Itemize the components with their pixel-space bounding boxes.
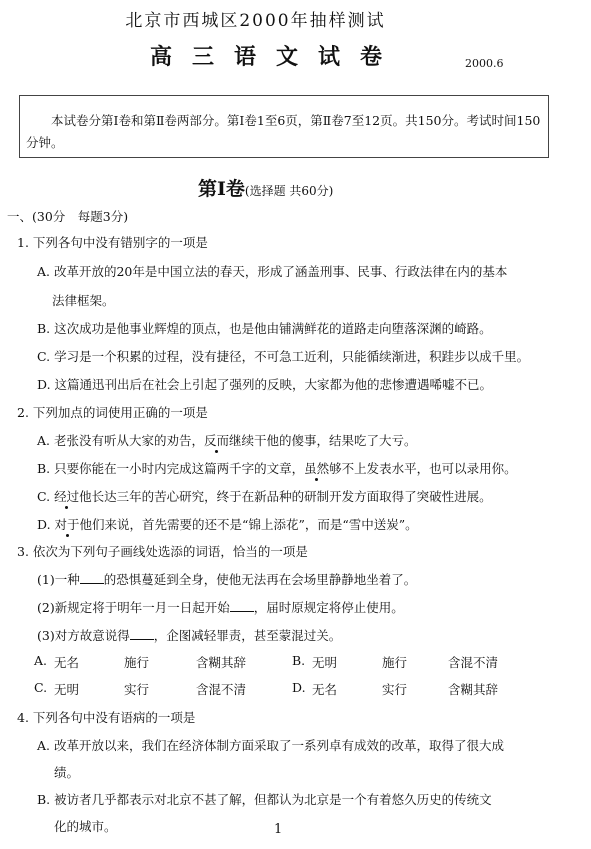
fill-blank — [230, 601, 254, 612]
q1-option-a-cont: 法律框架。 — [52, 291, 115, 309]
emphasized-word: 反而 — [204, 433, 229, 448]
notice-text: 本试卷分第Ⅰ卷和第Ⅱ卷两部分。第Ⅰ卷1至6页，第Ⅱ卷7至12页。共150分。考试… — [26, 110, 544, 154]
exam-date: 2000.6 — [465, 57, 504, 70]
section-heading: 一、(30分 每题3分) — [7, 207, 128, 225]
question-2-stem: 2. 下列加点的词使用正确的一项是 — [17, 403, 208, 421]
page-number: 1 — [274, 822, 282, 837]
emphasized-word: 经过 — [54, 489, 79, 504]
part-title: 第Ⅰ卷(选择题 共60分) — [198, 174, 333, 201]
exam-notice-box: 本试卷分第Ⅰ卷和第Ⅱ卷两部分。第Ⅰ卷1至6页，第Ⅱ卷7至12页。共150分。考试… — [19, 95, 549, 158]
question-1-stem: 1. 下列各句中没有错别字的一项是 — [17, 233, 208, 251]
fill-blank — [80, 573, 104, 584]
q1-option-b: B. 这次成功是他事业辉煌的顶点，也是他由铺满鲜花的道路走向堕落深渊的崎路。 — [37, 319, 492, 337]
q4-option-a-cont: 绩。 — [54, 763, 79, 781]
part-title-main: 第Ⅰ卷 — [198, 178, 245, 200]
emphasized-word: 对于 — [55, 517, 80, 532]
emphasized-word: 虽然 — [304, 461, 329, 476]
q3-sentence-1: (1)一种的恐惧蔓延到全身，使他无法再在会场里静静地坐着了。 — [37, 570, 416, 588]
q4-option-b: B. 被访者几乎都表示对北京不甚了解，但都认为北京是一个有着悠久历史的传统文 — [37, 790, 492, 808]
q1-option-c: C. 学习是一个积累的过程，没有捷径，不可急工近利，只能循续渐进，积跬步以成千里… — [37, 347, 529, 365]
q2-option-a: A. 老张没有听从大家的劝告，反而继续干他的傻事，结果吃了大亏。 — [37, 431, 417, 449]
q2-option-d: D. 对于他们来说，首先需要的还不是“锦上添花”，而是“雪中送炭”。 — [37, 515, 418, 533]
q1-option-a: A. 改革开放的20年是中国立法的春天，形成了涵盖刑事、民事、行政法律在内的基本 — [37, 262, 507, 280]
q1-option-d: D. 这篇通迅刊出后在社会上引起了强列的反映，大家都为他的悲惨遭遇唏嘘不已。 — [37, 375, 492, 393]
q4-option-b-cont: 化的城市。 — [54, 817, 117, 835]
exam-subtitle: 北京市西城区2000年抽样测试 — [0, 6, 591, 31]
fill-blank — [130, 629, 154, 640]
exam-title: 高三语文试卷 — [150, 40, 402, 71]
q4-option-a: A. 改革开放以来，我们在经济体制方面采取了一系列卓有成效的改革，取得了很大成 — [37, 736, 504, 754]
q2-option-b: B. 只要你能在一小时内完成这篇两千字的文章，虽然够不上发表水平，也可以录用你。 — [37, 459, 517, 477]
q3-sentence-3: (3)对方故意说得，企图减轻罪责，甚至蒙混过关。 — [37, 626, 341, 644]
part-title-note: (选择题 共60分) — [245, 184, 333, 198]
q2-option-c: C. 经过他长达三年的苦心研究，终于在新品种的研制开发方面取得了突破性进展。 — [37, 487, 492, 505]
question-3-stem: 3. 依次为下列句子画线处选添的词语，恰当的一项是 — [17, 542, 308, 560]
q3-sentence-2: (2)新规定将于明年一月一日起开始，届时原规定将停止使用。 — [37, 598, 404, 616]
question-4-stem: 4. 下列各句中没有语病的一项是 — [17, 708, 195, 726]
